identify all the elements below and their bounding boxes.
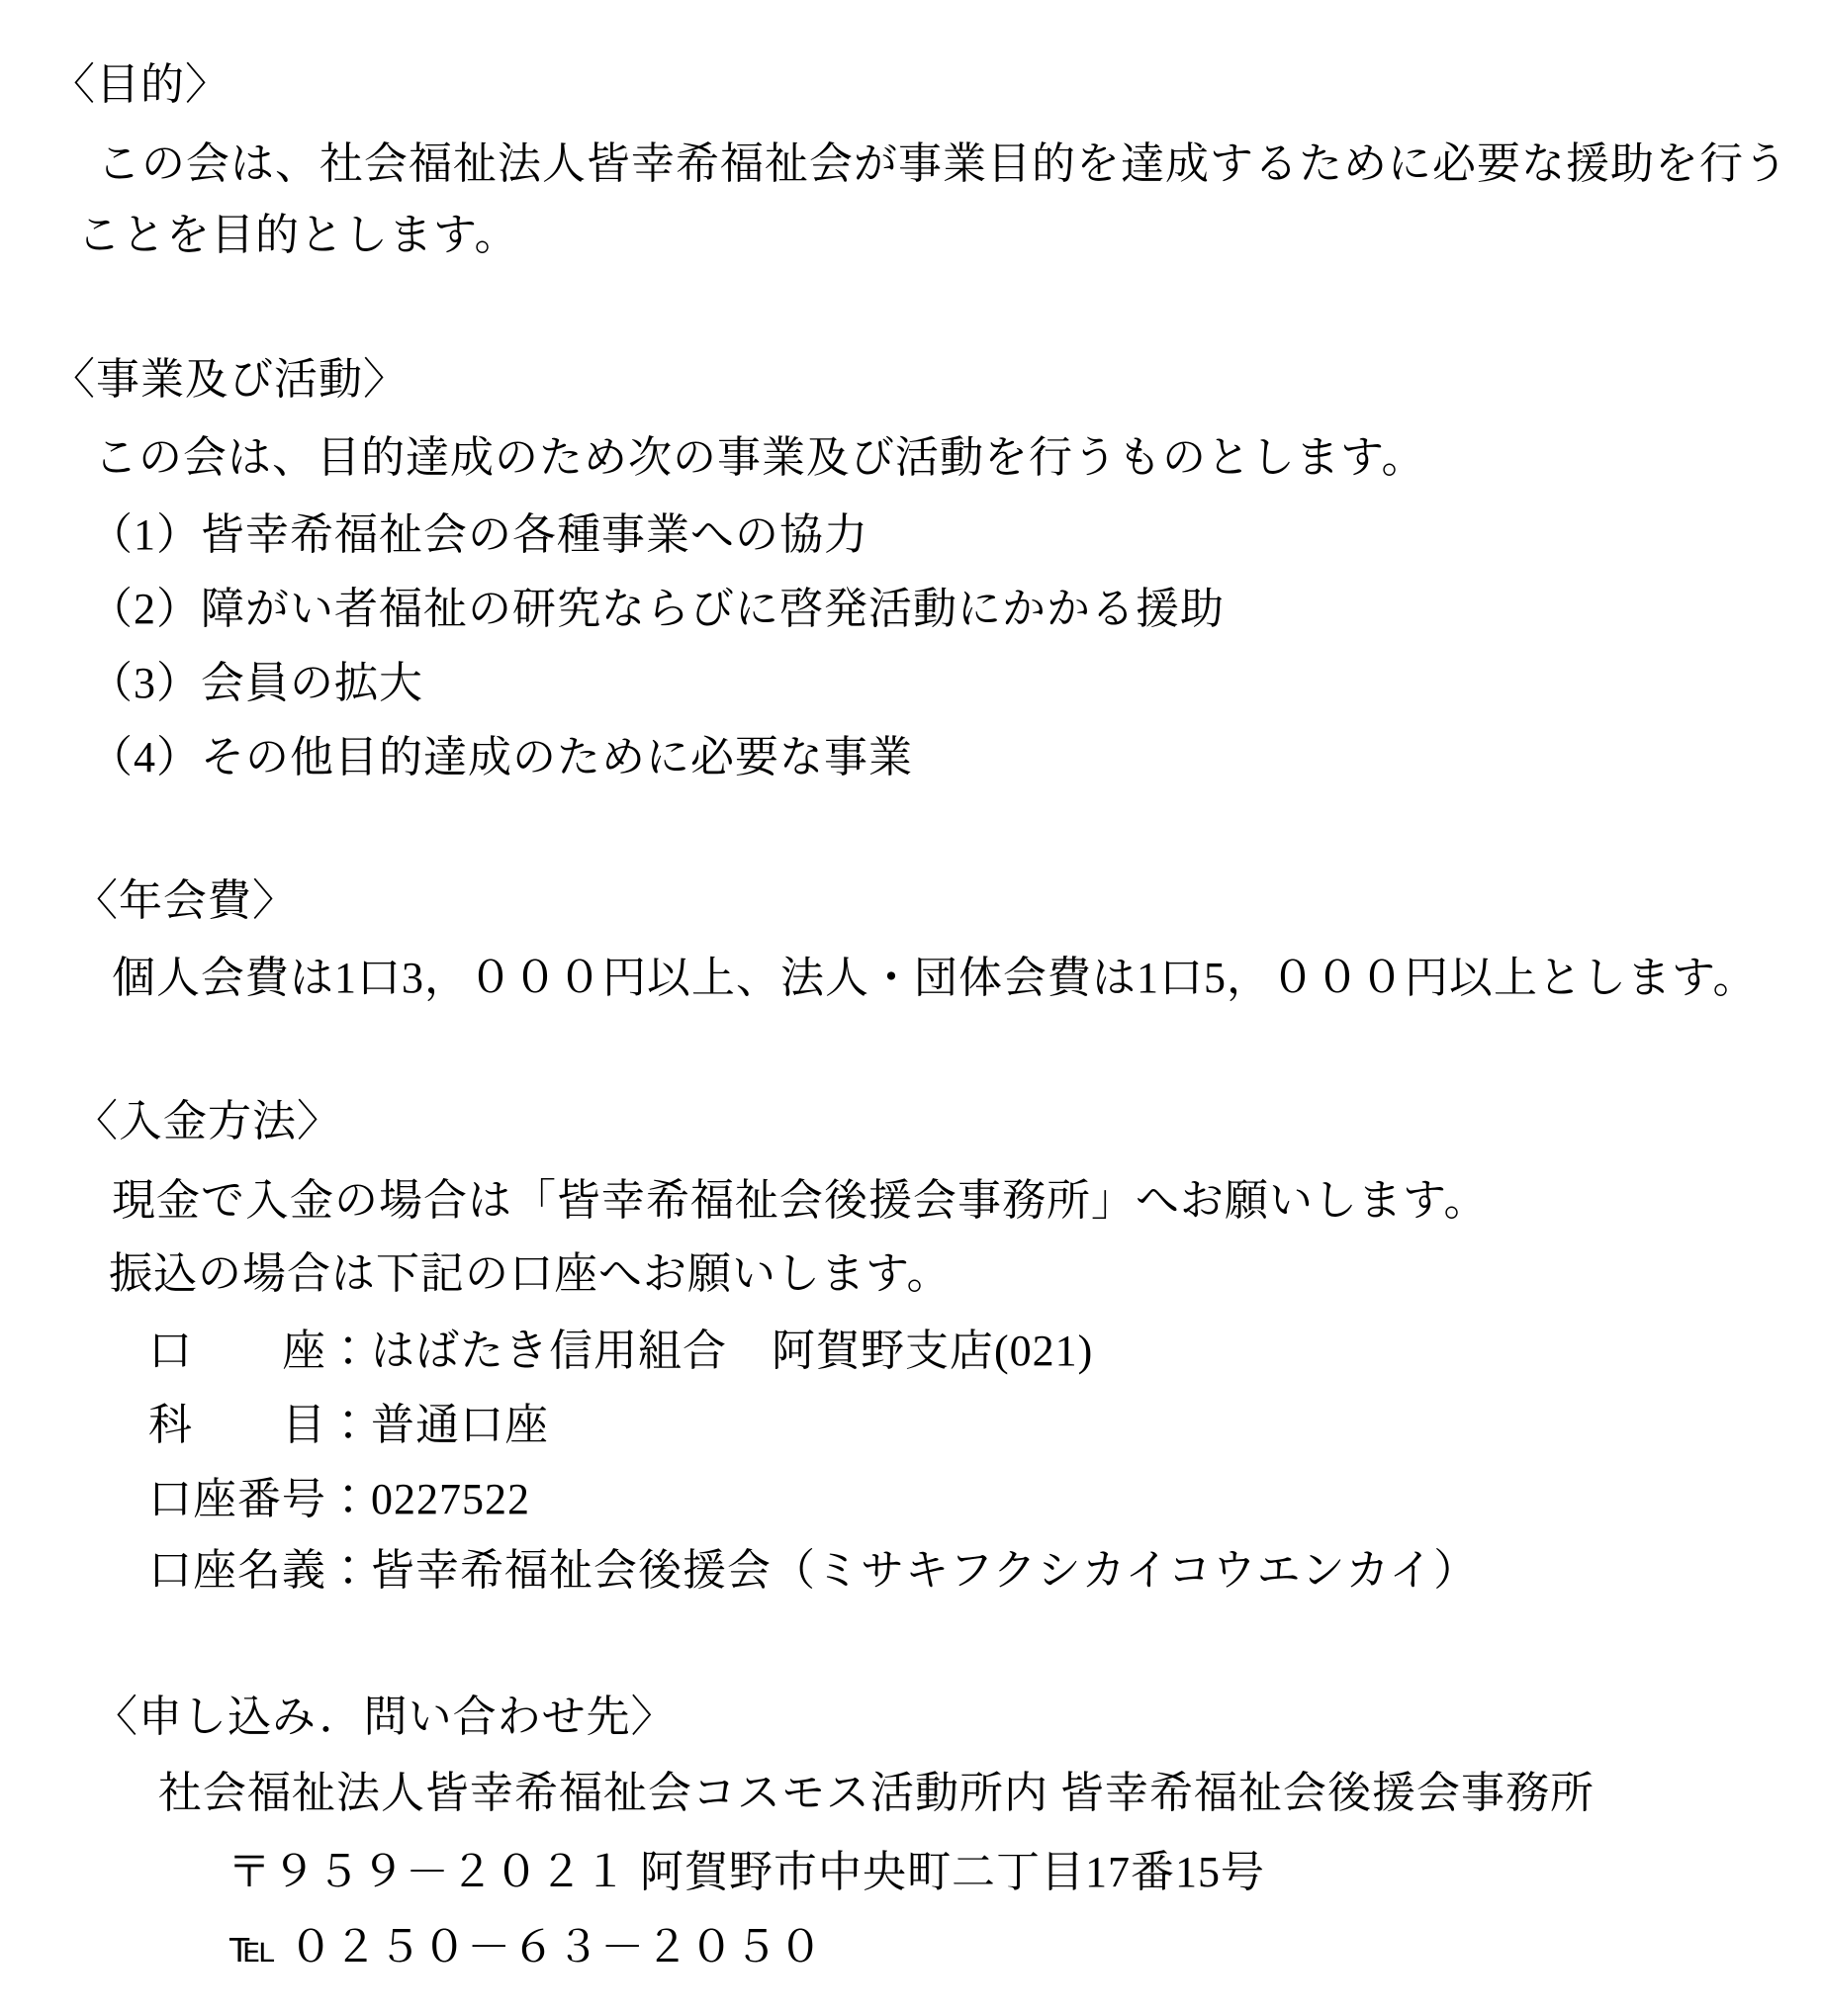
payment-cash-line: 現金で入金の場合は「皆幸希福祉会後援会事務所」へお願いします。: [112, 1175, 1488, 1227]
activities-item-1: （1）皆幸希福祉会の各種事業への協力: [89, 509, 868, 561]
payment-transfer-line: 振込の場合は下記の口座へお願いします。: [109, 1248, 951, 1300]
activities-item-2: （2）障がい者福祉の研究ならびに啓発活動にかかる援助: [89, 584, 1225, 635]
activities-intro: この会は、目的達成のため次の事業及び活動を行うものとします。: [94, 432, 1425, 484]
contact-address-line: 〒９５９－２０２１ 阿賀野市中央町二丁目17番15号: [228, 1847, 1265, 1898]
contact-tel-line: ℡ ０２５０－６３－２０５０: [229, 1922, 823, 1973]
account-bank-line: 口 座：はばたき信用組合 阿賀野支店(021): [148, 1326, 1093, 1377]
contact-office-line: 社会福祉法人皆幸希福祉会コスモス活動所内 皆幸希福祉会後援会事務所: [158, 1768, 1594, 1819]
fee-body: 個人会費は1口3，０００円以上、法人・団体会費は1口5，０００円以上とします。: [112, 953, 1757, 1004]
activities-item-4: （4）その他目的達成のために必要な事業: [89, 732, 913, 783]
fee-section-heading: 〈年会費〉: [74, 875, 297, 927]
document-page: 〈目的〉 この会は、社会福祉法人皆幸希福祉会が事業目的を達成するために必要な援助…: [0, 0, 1822, 2016]
account-subject-line: 科 目：普通口座: [148, 1400, 549, 1451]
account-number-line: 口座番号：0227522: [148, 1474, 530, 1525]
purpose-body-line-1: この会は、社会福祉法人皆幸希福祉会が事業目的を達成するために必要な援助を行う: [97, 138, 1788, 190]
account-holder-line: 口座名義：皆幸希福祉会後援会（ミサキフクシカイコウエンカイ）: [148, 1545, 1478, 1597]
activities-item-3: （3）会員の拡大: [89, 658, 423, 709]
purpose-section-heading: 〈目的〉: [51, 59, 229, 111]
activities-section-heading: 〈事業及び活動〉: [51, 354, 408, 406]
contact-section-heading: 〈申し込み．問い合わせ先〉: [94, 1692, 676, 1743]
purpose-body-line-2: ことを目的とします。: [77, 210, 518, 261]
payment-section-heading: 〈入金方法〉: [74, 1096, 341, 1147]
